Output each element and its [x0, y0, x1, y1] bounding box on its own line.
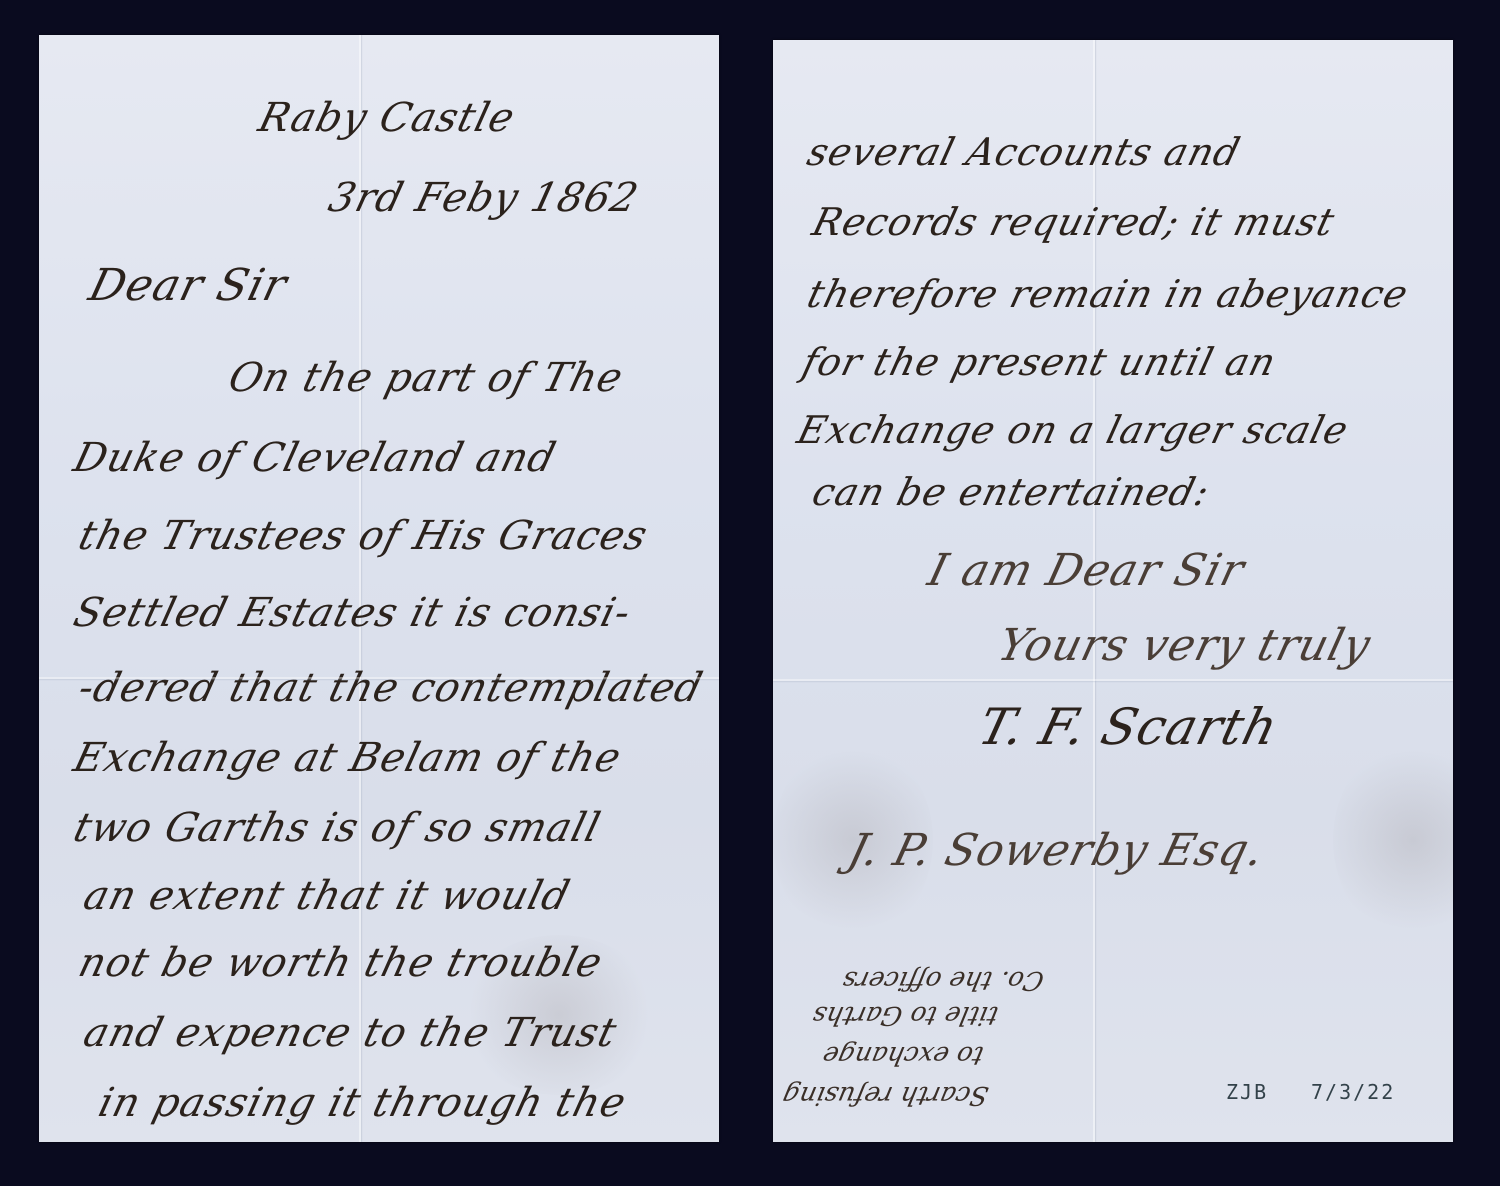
letter-date: 3rd Feby 1862	[324, 175, 643, 221]
letter-closing: I am Dear Sir	[923, 545, 1250, 596]
letter-place: Raby Castle	[254, 95, 520, 141]
body-line: Records required; it must	[808, 200, 1340, 244]
body-line: not be worth the trouble	[74, 940, 607, 986]
body-line: On the part of The	[224, 355, 628, 401]
body-line: Duke of Cleveland and	[69, 435, 561, 481]
body-line: an extent that it would	[79, 873, 575, 919]
paper-stain	[1333, 740, 1453, 940]
body-line: in passing it through the	[94, 1080, 631, 1126]
inverted-note-line: Scarth refusing	[780, 1080, 991, 1110]
body-line: Exchange on a larger scale	[793, 408, 1353, 452]
inverted-note-line: title to Garths	[810, 1000, 1001, 1030]
inverted-note: Scarth refusing to exchange title to Gar…	[783, 960, 1113, 1140]
body-line: for the present until an	[798, 340, 1281, 384]
body-line: and expence to the Trust	[79, 1010, 622, 1056]
letter-page-right: several Accounts and Records required; i…	[773, 40, 1453, 1142]
body-line: Exchange at Belam of the	[69, 735, 626, 781]
archival-date: 7/3/22	[1311, 1080, 1395, 1104]
body-line: Settled Estates it is consi-	[69, 590, 636, 636]
letter-closing: Yours very truly	[993, 620, 1376, 671]
archival-initials: ZJB	[1226, 1080, 1268, 1104]
letter-addressee: J. P. Sowerby Esq.	[843, 825, 1270, 876]
body-line: several Accounts and	[803, 130, 1245, 174]
letter-salutation: Dear Sir	[84, 260, 293, 311]
letter-page-left: Raby Castle 3rd Feby 1862 Dear Sir On th…	[39, 35, 719, 1142]
body-line: therefore remain in abeyance	[803, 272, 1413, 316]
body-line: two Garths is of so small	[69, 805, 605, 851]
letter-signature: T. F. Scarth	[973, 698, 1284, 756]
body-line: can be entertained:	[808, 470, 1214, 514]
body-line: the Trustees of His Graces	[74, 513, 652, 559]
inverted-note-line: to exchange	[820, 1040, 986, 1070]
inverted-note-line: Co. the officers	[840, 965, 1047, 995]
body-line: -dered that the contemplated	[74, 665, 708, 711]
